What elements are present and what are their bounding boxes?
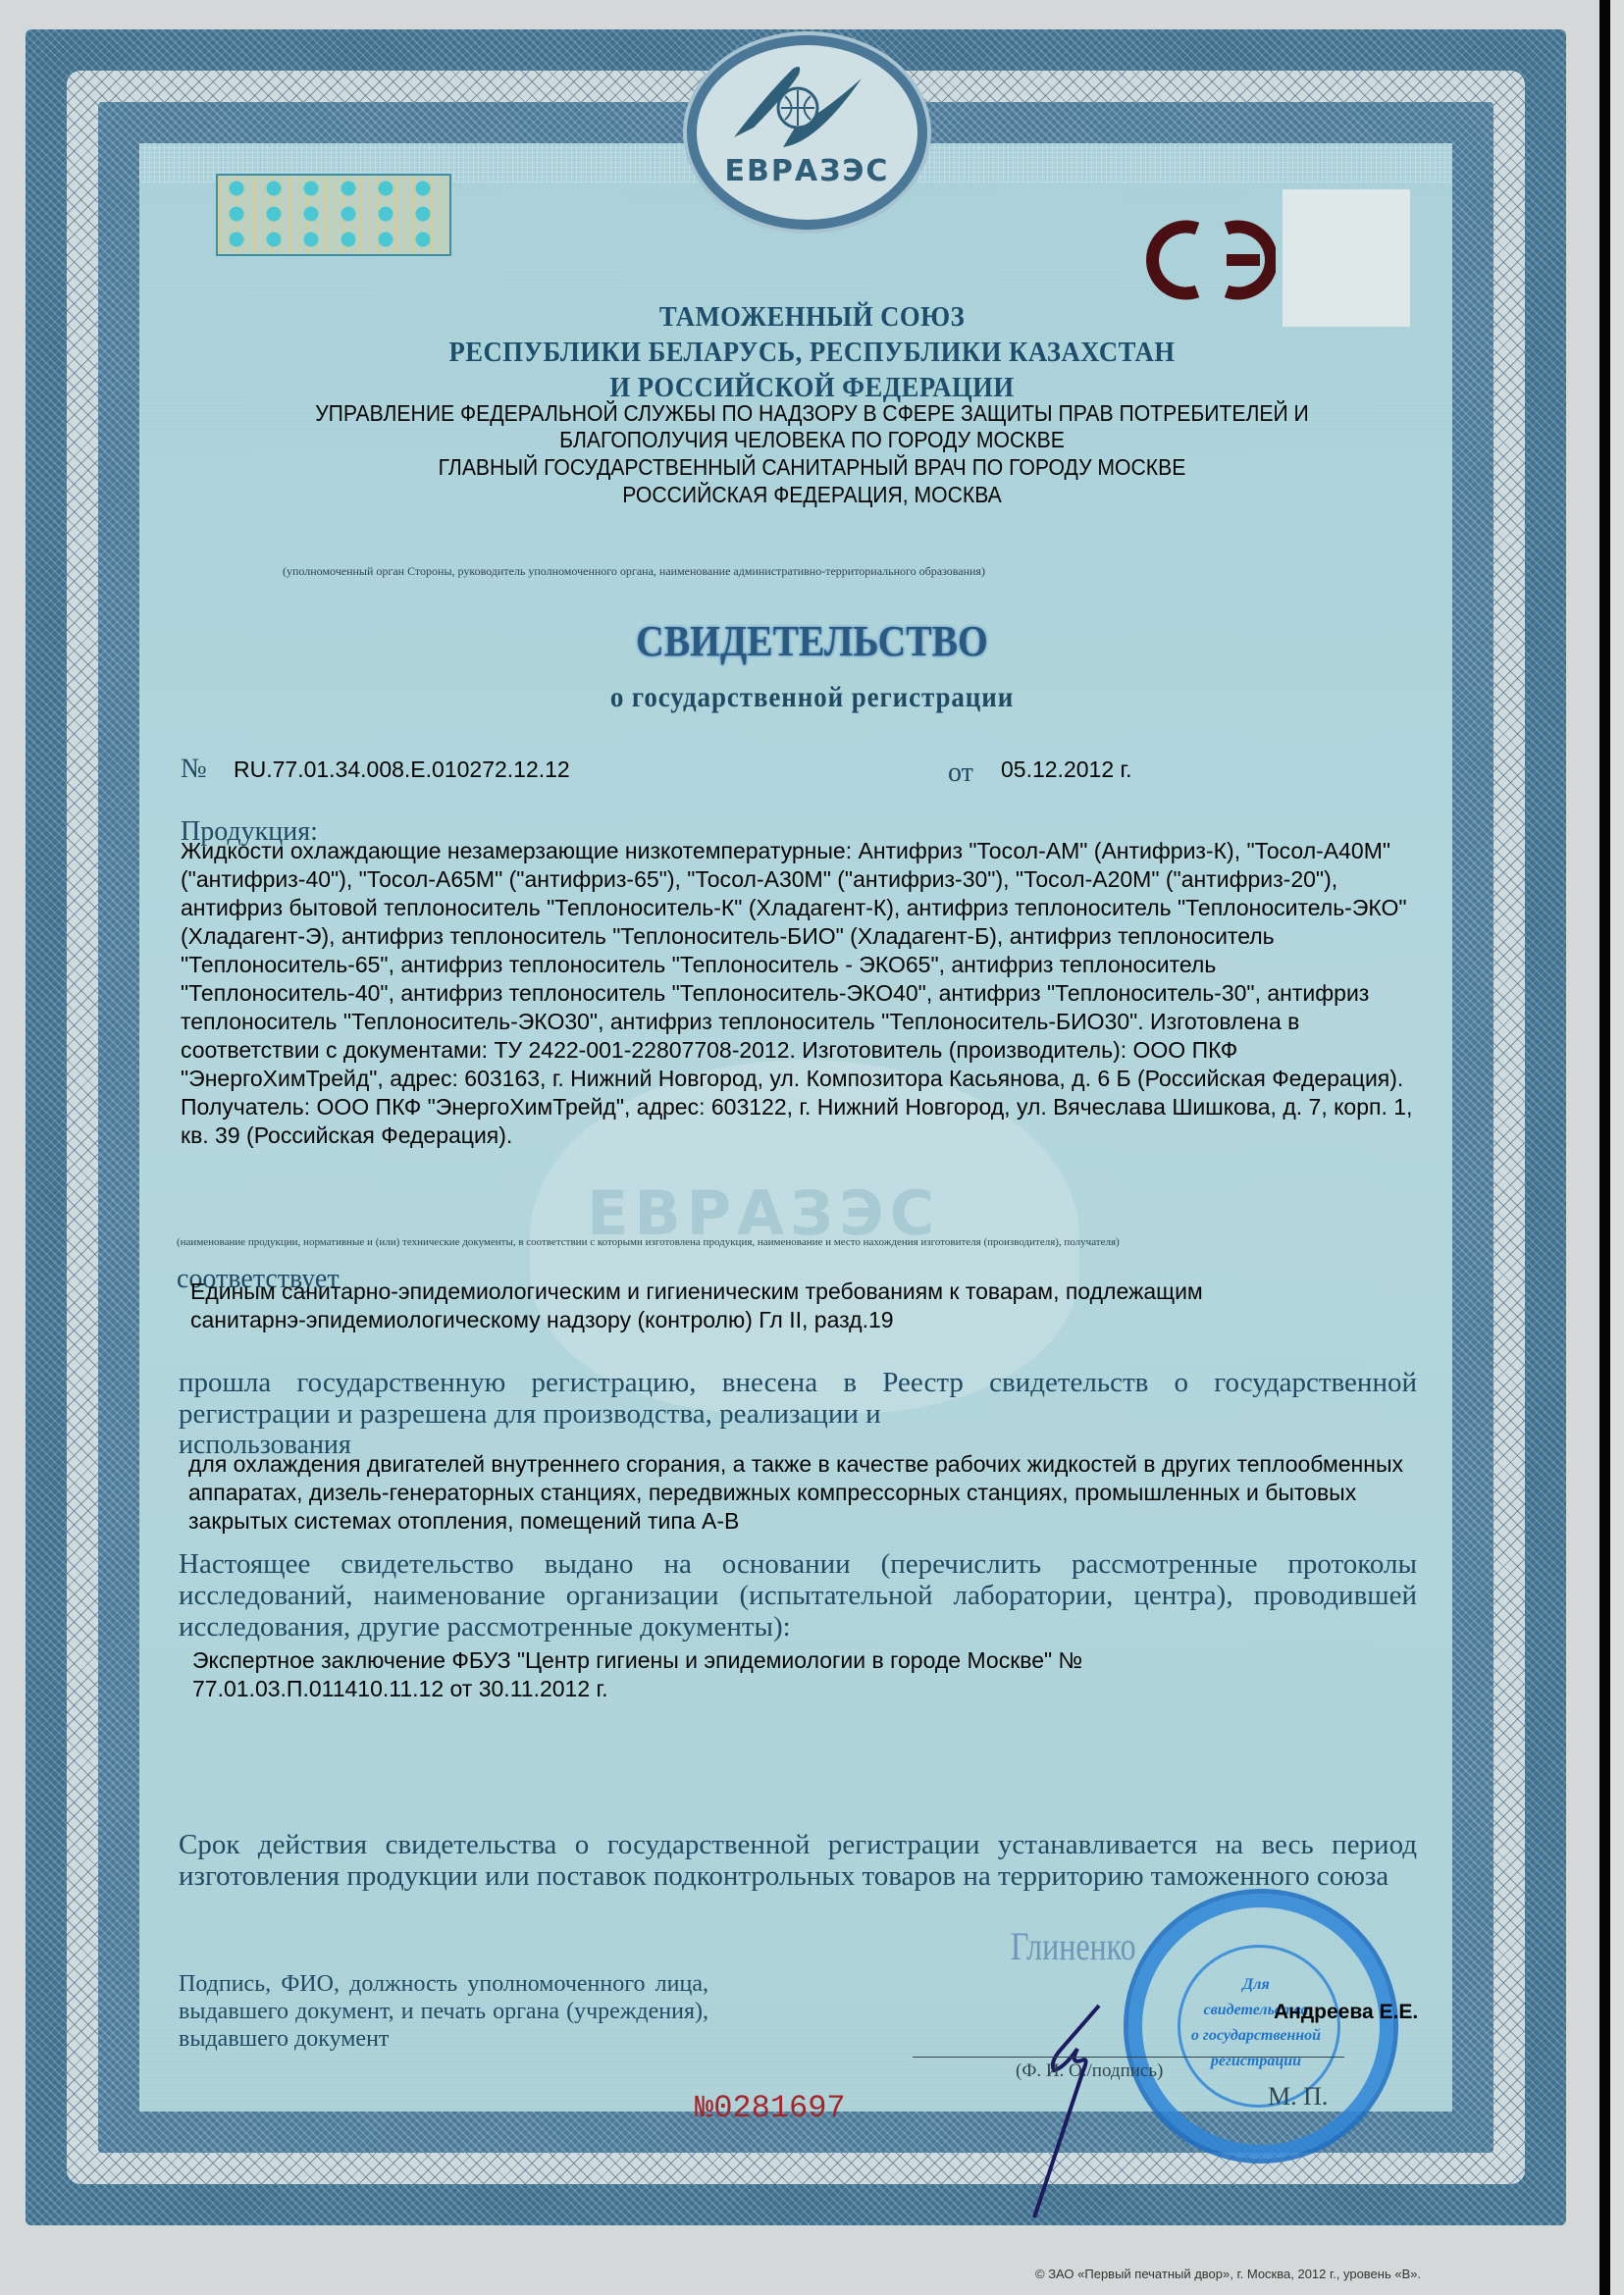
registration-statement: прошла государственную регистрацию, внес… [179, 1367, 1417, 1430]
stamp-line: о государственной [1187, 2023, 1325, 2049]
eurasec-emblem: ЕВРАЗЭС [687, 35, 927, 230]
union-line-2: РЕСПУБЛИКИ БЕЛАРУСЬ, РЕСПУБЛИКИ КАЗАХСТА… [65, 337, 1559, 369]
certificate-subtitle: о государственной регистрации [81, 681, 1544, 714]
eurasec-globe-emblem-icon [724, 59, 871, 157]
validity-statement: Срок действия свидетельства о государств… [179, 1829, 1417, 1892]
stamped-name: Глиненко [1011, 1923, 1136, 1969]
seal-label: М. П. [1268, 2082, 1328, 2112]
basis-documents: Экспертное заключение ФБУЗ "Центр гигиен… [192, 1646, 1232, 1703]
signature-line-caption: (Ф. И. О./подпись) [1016, 2060, 1163, 2082]
registration-number: RU.77.01.34.008.Е.010272.12.12 [234, 756, 570, 784]
emblem-label: ЕВРАЗЭС [725, 154, 890, 188]
certificate-title: СВИДЕТЕЛЬСТВО [81, 616, 1544, 666]
union-line-1: ТАМОЖЕННЫЙ СОЮЗ [65, 301, 1559, 334]
number-prefix: № [181, 754, 207, 785]
authority-line-4: РОССИЙСКАЯ ФЕДЕРАЦИЯ, МОСКВА [65, 482, 1559, 508]
scan-edge-bar [1599, 0, 1610, 2295]
authority-line-2: БЛАГОПОЛУЧИЯ ЧЕЛОВЕКА ПО ГОРОДУ МОСКВЕ [65, 427, 1559, 453]
form-serial-number: №0281697 [695, 2090, 846, 2126]
signer-name: Андреева Е.Е. [1274, 1998, 1418, 2026]
stamp-line: Для [1187, 1972, 1325, 1998]
scan-margin [1610, 0, 1624, 2295]
product-caption: (наименование продукции, нормативные и (… [177, 1236, 1120, 1248]
authority-line-3: ГЛАВНЫЙ ГОСУДАРСТВЕННЫЙ САНИТАРНЫЙ ВРАЧ … [65, 454, 1559, 481]
basis-statement: Настоящее свидетельство выдано на основа… [179, 1548, 1417, 1643]
product-description: Жидкости охлаждающие незамерзающие низко… [181, 837, 1422, 1150]
signature-label: Подпись, ФИО, должность уполномоченного … [179, 1970, 708, 2053]
customs-union-se-mark-icon [1138, 211, 1276, 309]
stamp-line: регистрации [1187, 2049, 1325, 2074]
authority-caption: (уполномоченный орган Стороны, руководит… [283, 564, 985, 579]
hologram-sticker-icon [216, 174, 451, 256]
signature-line [913, 2057, 1344, 2058]
printer-footer: © ЗАО «Первый печатный двор», г. Москва,… [1035, 2267, 1421, 2281]
compliance-text: Единым санитарно-эпидемиологическим и ги… [190, 1278, 1319, 1334]
handwritten-signature-icon [1021, 1992, 1138, 2227]
date-prefix: от [948, 757, 973, 789]
authority-line-1: УПРАВЛЕНИЕ ФЕДЕРАЛЬНОЙ СЛУЖБЫ ПО НАДЗОРУ… [65, 400, 1559, 427]
registration-date: 05.12.2012 г. [1001, 756, 1131, 784]
usage-text: для охлаждения двигателей внутреннего сг… [188, 1450, 1415, 1536]
